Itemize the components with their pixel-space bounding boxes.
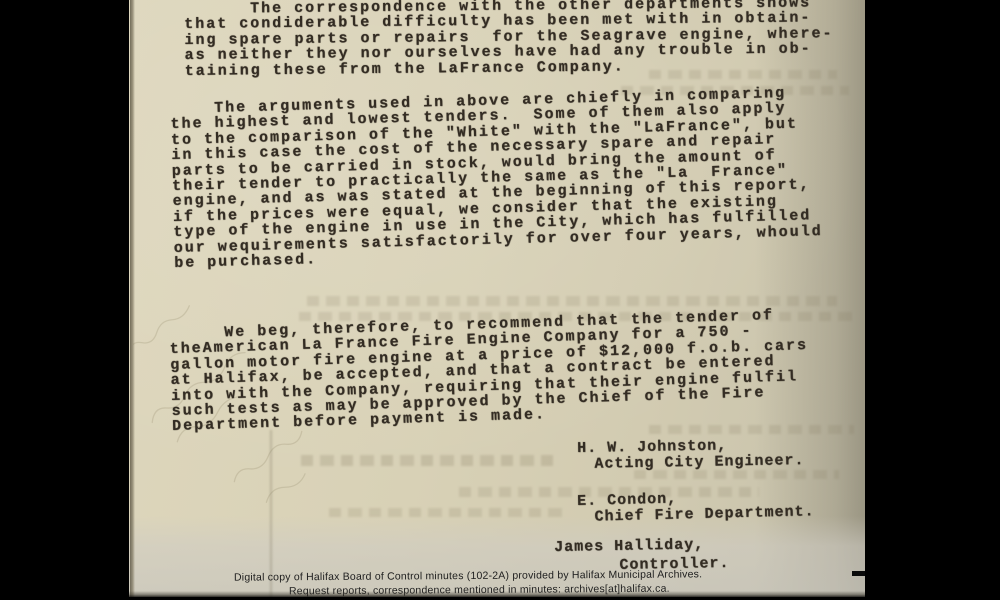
screenshot-root: The correspondence with the other depart… [0,0,1000,600]
signature-title: Acting City Engineer. [594,453,804,472]
bleed-through-text [301,455,556,466]
bleed-through-text [307,296,837,306]
bleed-through-text [634,470,839,479]
paragraph-arguments: The arguments used in above are chiefly … [170,85,823,271]
signature-condon: E. Condon, Chief Fire Department. [577,488,815,525]
signature-johnston: H. W. Johnston, Acting City Engineer. [577,437,805,472]
bleed-through-text [649,425,854,434]
scan-artifact-dash [852,571,865,576]
paragraph-correspondence: The correspondence with the other depart… [184,0,834,79]
signature-title: Chief Fire Department. [594,504,814,525]
signature-name: James Halliday, [554,537,729,556]
paragraph-recommendation: We beg, therefore, to recommend that the… [169,307,810,435]
caption-line-1: Digital copy of Halifax Board of Control… [234,568,702,583]
bleed-through-text [329,508,564,517]
document-photo: The correspondence with the other depart… [129,0,865,600]
